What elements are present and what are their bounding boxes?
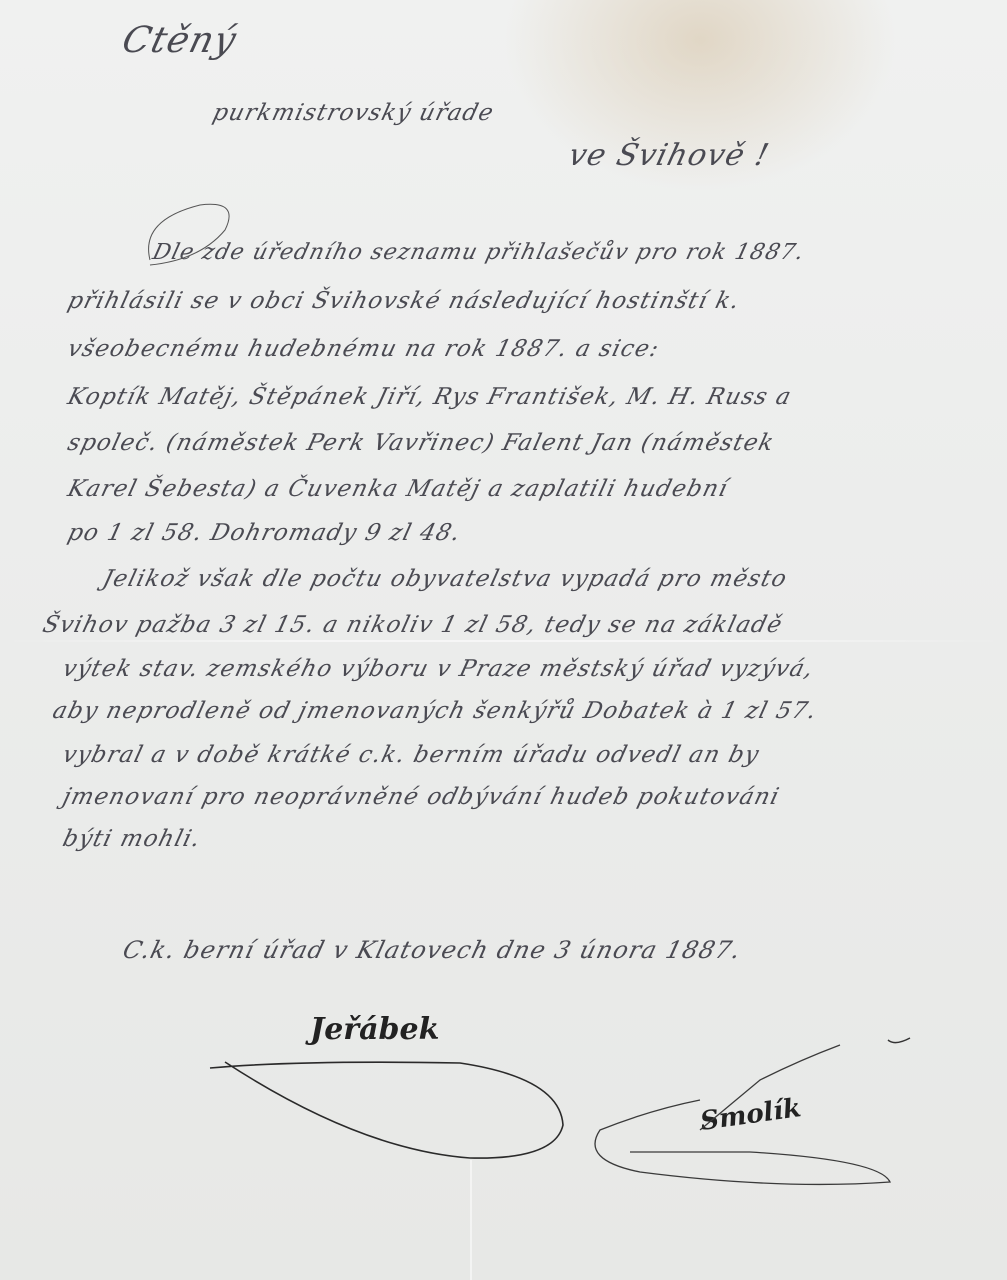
signature-flourishes	[0, 0, 1007, 1280]
right-flourish-icon	[595, 1045, 890, 1184]
mark-icon	[888, 1038, 910, 1043]
left-flourish-icon	[210, 1062, 563, 1158]
initial-d-flourish-icon	[149, 204, 230, 265]
